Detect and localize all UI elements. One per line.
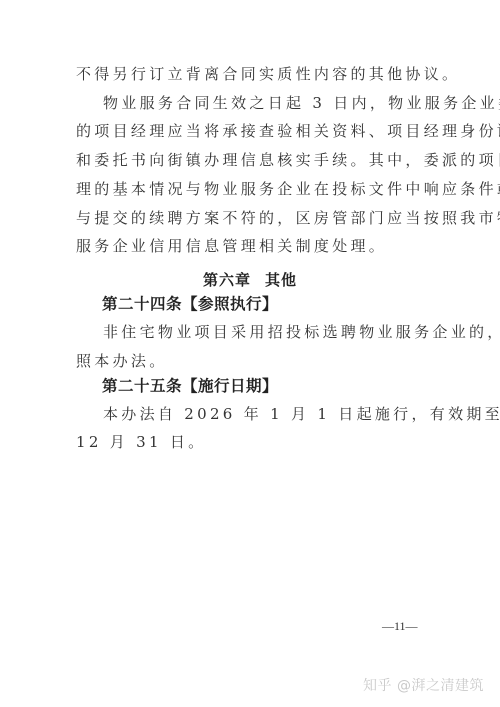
chapter-name: 其他: [265, 271, 297, 289]
paragraph-line: 和委托书向街镇办理信息核实手续。其中，委派的项目经: [76, 151, 426, 169]
chapter-title: 第六章其他: [0, 271, 500, 289]
paragraph-line: 12 月 31 日。: [76, 433, 426, 451]
paragraph-line: 服务企业信用信息管理相关制度处理。: [76, 237, 426, 255]
article-25-heading: 第二十五条【施行日期】: [102, 377, 278, 395]
paragraph-line: 非住宅物业项目采用招投标选聘物业服务企业的，参: [103, 323, 453, 341]
paragraph-line: 与提交的续聘方案不符的，区房管部门应当按照我市物业: [76, 209, 426, 227]
watermark: 知乎 @湃之清建筑: [363, 678, 484, 694]
page-number: —11—: [382, 619, 418, 633]
paragraph-line: 本办法自 2026 年 1 月 1 日起施行，有效期至 2030 年: [103, 405, 453, 423]
paragraph-line: 的项目经理应当将承接查验相关资料、项目经理身份证明: [76, 122, 426, 140]
paragraph-line: 物业服务合同生效之日起 3 日内，物业服务企业委派: [103, 94, 453, 112]
paragraph-line: 照本办法。: [76, 352, 426, 370]
paragraph-line: 理的基本情况与物业服务企业在投标文件中响应条件或者: [76, 180, 426, 198]
document-page: 不得另行订立背离合同实质性内容的其他协议。 物业服务合同生效之日起 3 日内，物…: [0, 0, 500, 707]
paragraph-line: 不得另行订立背离合同实质性内容的其他协议。: [76, 65, 426, 83]
chapter-number: 第六章: [203, 271, 251, 289]
article-24-heading: 第二十四条【参照执行】: [102, 295, 278, 313]
